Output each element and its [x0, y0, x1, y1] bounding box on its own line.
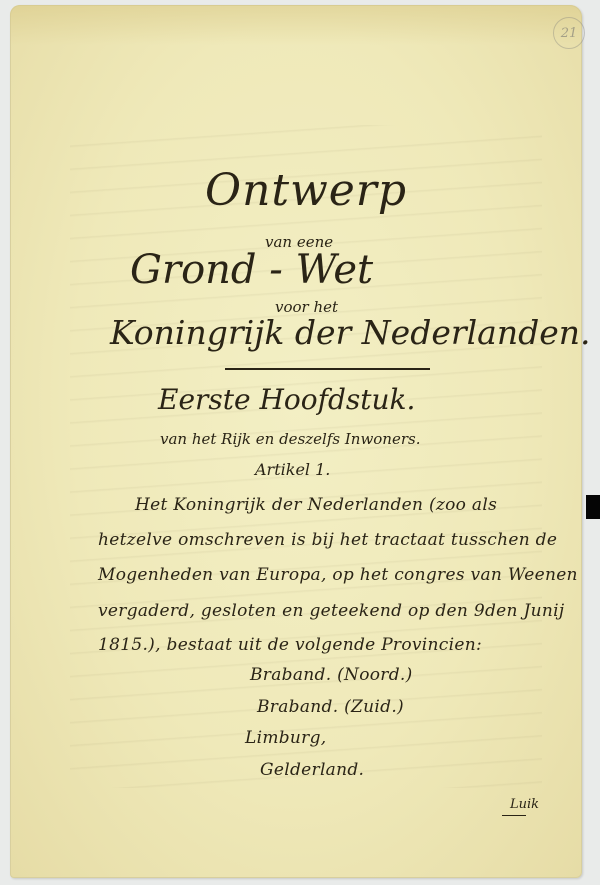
title-ontwerp: Ontwerp	[205, 165, 407, 216]
catchword-underline	[502, 815, 526, 816]
title-koningrijk: Koningrijk der Nederlanden.	[110, 313, 591, 352]
ink-bleed-through	[70, 125, 542, 788]
title-grond-wet: Grond - Wet	[130, 247, 373, 293]
province-zuid-braband: Braband. (Zuid.)	[257, 697, 404, 717]
manuscript-page: 21 Ontwerp van eene Grond - Wet voor het…	[10, 5, 582, 878]
body-line-3: Mogenheden van Europa, op het congres va…	[98, 565, 578, 585]
catchword: Luik	[510, 797, 539, 812]
chapter-heading: Eerste Hoofdstuk.	[158, 383, 415, 416]
province-gelderland: Gelderland.	[260, 760, 364, 780]
body-line-1: Het Koningrijk der Nederlanden (zoo als	[135, 495, 497, 515]
pencil-page-number: 21	[553, 17, 585, 49]
body-line-2: hetzelve omschreven is bij het tractaat …	[98, 530, 557, 550]
title-underline	[225, 368, 430, 370]
body-line-4: vergaderd, gesloten en geteekend op den …	[98, 601, 564, 621]
province-limburg: Limburg,	[245, 728, 327, 748]
article-label: Artikel 1.	[255, 460, 330, 479]
chapter-subheading: van het Rijk en deszelfs Inwoners.	[160, 430, 421, 448]
body-line-5: 1815.), bestaat uit de volgende Provinci…	[98, 635, 482, 655]
province-noord-braband: Braband. (Noord.)	[250, 665, 413, 685]
scan-tab-marker	[586, 495, 600, 519]
